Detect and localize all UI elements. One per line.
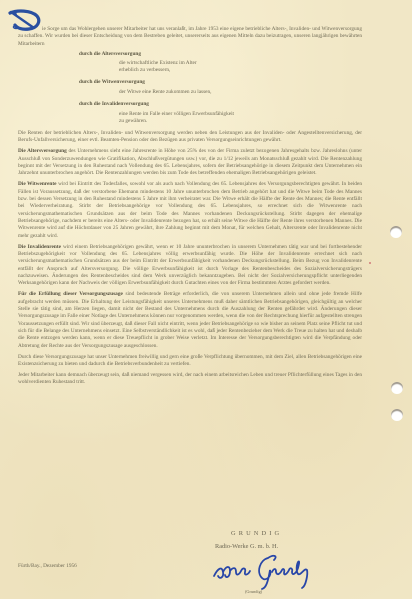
body-paragraphs: Die Renten der betrieblichen Alters-, In… [18, 130, 362, 390]
paragraph-lead: Die Altersversorgung [18, 148, 67, 154]
punch-hole [390, 226, 402, 238]
signature-caption: (Grundig) [245, 589, 262, 594]
company-subtitle: Radio-Werke G. m. b. H. [215, 543, 278, 550]
paragraph-text: sind bedeutende Beträge erforderlich, di… [18, 291, 362, 348]
provision-heading-invaliden: durch die Invalidenversorgung [79, 101, 149, 107]
paragraph-text: des Unternehmens sieht eine Jahresrente … [18, 148, 362, 176]
paragraph-text: wird bei Eintritt des Todesfalles, sowoh… [18, 181, 362, 238]
signature-icon [208, 550, 314, 590]
paragraph-closing: Jeder Mitarbeiter kann demnach überzeugt… [18, 372, 362, 387]
paragraph-verpflichtung: Durch diese Versorgungszusage hat unser … [18, 354, 362, 369]
punch-hole [391, 382, 403, 394]
paragraph-lead: Die Witwenrente [18, 181, 57, 187]
paragraph-text: Die Renten der betrieblichen Alters-, In… [18, 130, 362, 143]
punch-hole [391, 409, 403, 421]
provision-text-witwen-1: der Witwe eine Rente zukommen zu lassen, [119, 89, 212, 96]
intro-paragraph: ie Sorge um das Wohlergehen unserer Mita… [18, 26, 362, 48]
paragraph-altersversorgung: Die Altersversorgung des Unternehmens si… [18, 148, 362, 177]
provision-text-alters-2: erheblich zu verbessern, [119, 67, 170, 74]
scanned-letter: ie Sorge um das Wohlergehen unserer Mita… [0, 0, 412, 599]
ink-mark [369, 262, 371, 264]
paragraph-text: wird einem Betriebsangehörigen gewährt, … [18, 244, 362, 287]
paragraph-benefits-overview: Die Renten der betrieblichen Alters-, In… [18, 130, 362, 145]
paragraph-versorgungszusage: Für die Erfüllung dieser Versorgungszusa… [18, 291, 362, 350]
paragraph-lead: Die Invalidenrente [18, 244, 61, 250]
provision-heading-alters: durch die Altersversorgung [79, 51, 141, 57]
company-name: GRUNDIG [231, 530, 282, 537]
paragraph-text: Durch diese Versorgungszusage hat unser … [18, 354, 362, 367]
provision-heading-witwen: durch die Witwenversorgung [79, 79, 145, 85]
paragraph-witwenrente: Die Witwenrente wird bei Eintritt des To… [18, 181, 362, 240]
paragraph-text: Jeder Mitarbeiter kann demnach überzeugt… [18, 372, 362, 385]
provision-text-invaliden-2: zu gewähren. [119, 118, 147, 125]
paragraph-invalidenrente: Die Invalidenrente wird einem Betriebsan… [18, 244, 362, 288]
paragraph-lead: Für die Erfüllung dieser Versorgungszusa… [18, 291, 123, 297]
place-and-date: Fürth/Bay., Dezember 1956 [18, 563, 77, 569]
